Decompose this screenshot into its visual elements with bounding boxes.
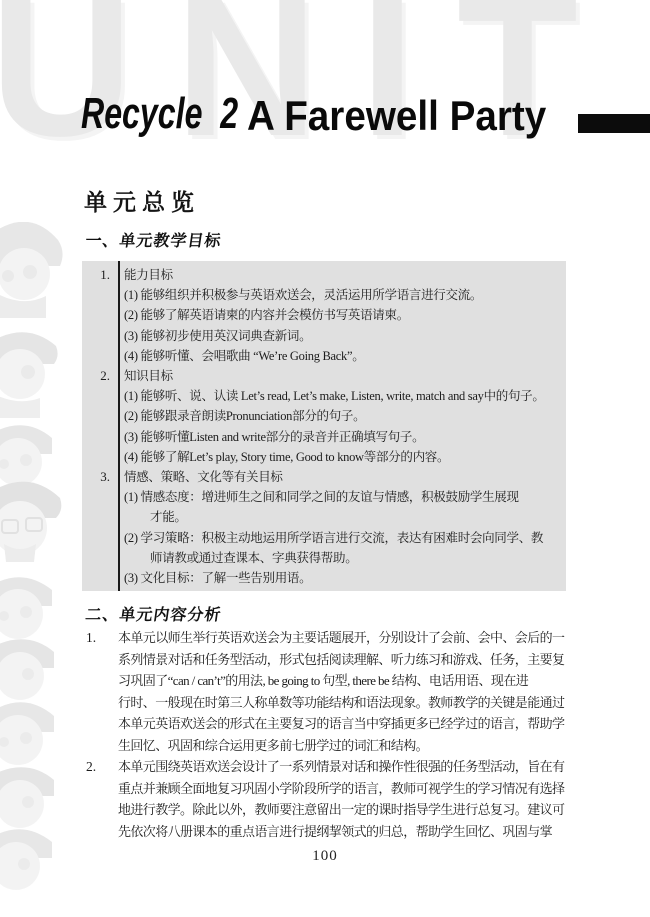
analysis-paragraph-1: 1. 本单元以师生举行英语欢送会为主要话题展开，分别设计了会前、会中、会后的一 … bbox=[84, 627, 566, 756]
analysis-line: 行时、一般现在时第三人称单数等功能结构和语法现象。教师教学的关键是能通过 bbox=[118, 692, 566, 714]
objectives-box: 1. 能力目标 (1) 能够组织并积极参与英语欢送会，灵活运用所学语言进行交流。… bbox=[82, 261, 566, 591]
children-watermark-illustration bbox=[0, 222, 72, 890]
objective-line-continuation: 师请教或通过查课本、字典获得帮助。 bbox=[124, 548, 566, 568]
objective-line: (2) 能够跟录音朗读Pronunciation部分的句子。 bbox=[124, 406, 566, 426]
objectives-divider-line bbox=[118, 261, 120, 591]
analysis-line: 生回忆、巩固和综合运用更多前七册学过的词汇和结构。 bbox=[118, 735, 566, 757]
unit-title-farewell-party: A Farewell Party bbox=[247, 95, 546, 137]
objective-line: (3) 能够听懂Listen and write部分的录音并正确填写句子。 bbox=[124, 427, 566, 447]
objective-line-continuation: 才能。 bbox=[124, 507, 566, 527]
unit-title-recycle: Recycle 2 bbox=[81, 92, 238, 136]
paragraph-number: 1. bbox=[84, 627, 118, 649]
objective-line: (1) 能够组织并积极参与英语欢送会，灵活运用所学语言进行交流。 bbox=[124, 285, 566, 305]
objective-line: (2) 学习策略：积极主动地运用所学语言进行交流，表达有困难时会向同学、教 bbox=[124, 528, 566, 548]
overview-heading: 单元总览 bbox=[84, 184, 200, 217]
objective-line: (3) 文化目标：了解一些告别用语。 bbox=[124, 568, 566, 588]
objective-group-affect-strategy-culture: 3. 情感、策略、文化等有关目标 (1) 情感态度：增进师生之间和同学之间的友谊… bbox=[82, 467, 566, 588]
objective-line: 知识目标 bbox=[124, 366, 566, 386]
objective-line: (4) 能够听懂、会唱歌曲 “We’re Going Back”。 bbox=[124, 346, 566, 366]
page-number: 100 bbox=[0, 848, 650, 865]
section2-heading: 二、单元内容分析 bbox=[84, 602, 223, 625]
unit-watermark-text: UNIT bbox=[0, 0, 620, 166]
objective-line: (2) 能够了解英语请柬的内容并会模仿书写英语请柬。 bbox=[124, 305, 566, 325]
paragraph-number: 2. bbox=[84, 756, 118, 778]
objective-line: 能力目标 bbox=[124, 265, 566, 285]
objective-line: (3) 能够初步使用英汉词典查新词。 bbox=[124, 326, 566, 346]
objective-line: (4) 能够了解Let’s play, Story time, Good to … bbox=[124, 447, 566, 467]
analysis-line: 重点并兼顾全面地复习巩固小学阶段所学的语言，教师可视学生的学习情况有选择 bbox=[118, 778, 566, 800]
analysis-paragraph-2: 2. 本单元围绕英语欢送会设计了一系列情景对话和操作性很强的任务型活动，旨在有 … bbox=[84, 756, 566, 842]
analysis-line: 习巩固了“can / can’t”的用法, be going to 句型, th… bbox=[118, 670, 566, 692]
group-number: 3. bbox=[82, 467, 118, 487]
analysis-line: 本单元围绕英语欢送会设计了一系列情景对话和操作性很强的任务型活动，旨在有 bbox=[118, 756, 566, 778]
title-edge-bar bbox=[578, 114, 650, 133]
objective-line: (1) 情感态度：增进师生之间和同学之间的友谊与情感，积极鼓励学生展现 bbox=[124, 487, 566, 507]
group-number: 2. bbox=[82, 366, 118, 386]
analysis-line: 先依次将八册课本的重点语言进行提纲挈领式的归总，帮助学生回忆、巩固与掌 bbox=[118, 821, 566, 843]
objective-group-ability: 1. 能力目标 (1) 能够组织并积极参与英语欢送会，灵活运用所学语言进行交流。… bbox=[82, 265, 566, 366]
group-number: 1. bbox=[82, 265, 118, 285]
analysis-line: 本单元英语欢送会的形式在主要复习的语言当中穿插更多已经学过的语言，帮助学 bbox=[118, 713, 566, 735]
objective-group-knowledge: 2. 知识目标 (1) 能够听、说、认读 Let’s read, Let’s m… bbox=[82, 366, 566, 467]
textbook-page: UNIT bbox=[0, 0, 650, 917]
objective-line: 情感、策略、文化等有关目标 bbox=[124, 467, 566, 487]
analysis-line: 地进行教学。除此以外，教师要注意留出一定的课时指导学生进行总复习。建议可 bbox=[118, 799, 566, 821]
objective-line: (1) 能够听、说、认读 Let’s read, Let’s make, Lis… bbox=[124, 386, 566, 406]
analysis-line: 系列情景对话和任务型活动，形式包括阅读理解、听力练习和游戏、任务，主要复 bbox=[118, 649, 566, 671]
section1-heading: 一、单元教学目标 bbox=[84, 228, 223, 251]
analysis-line: 本单元以师生举行英语欢送会为主要话题展开，分别设计了会前、会中、会后的一 bbox=[118, 627, 566, 649]
